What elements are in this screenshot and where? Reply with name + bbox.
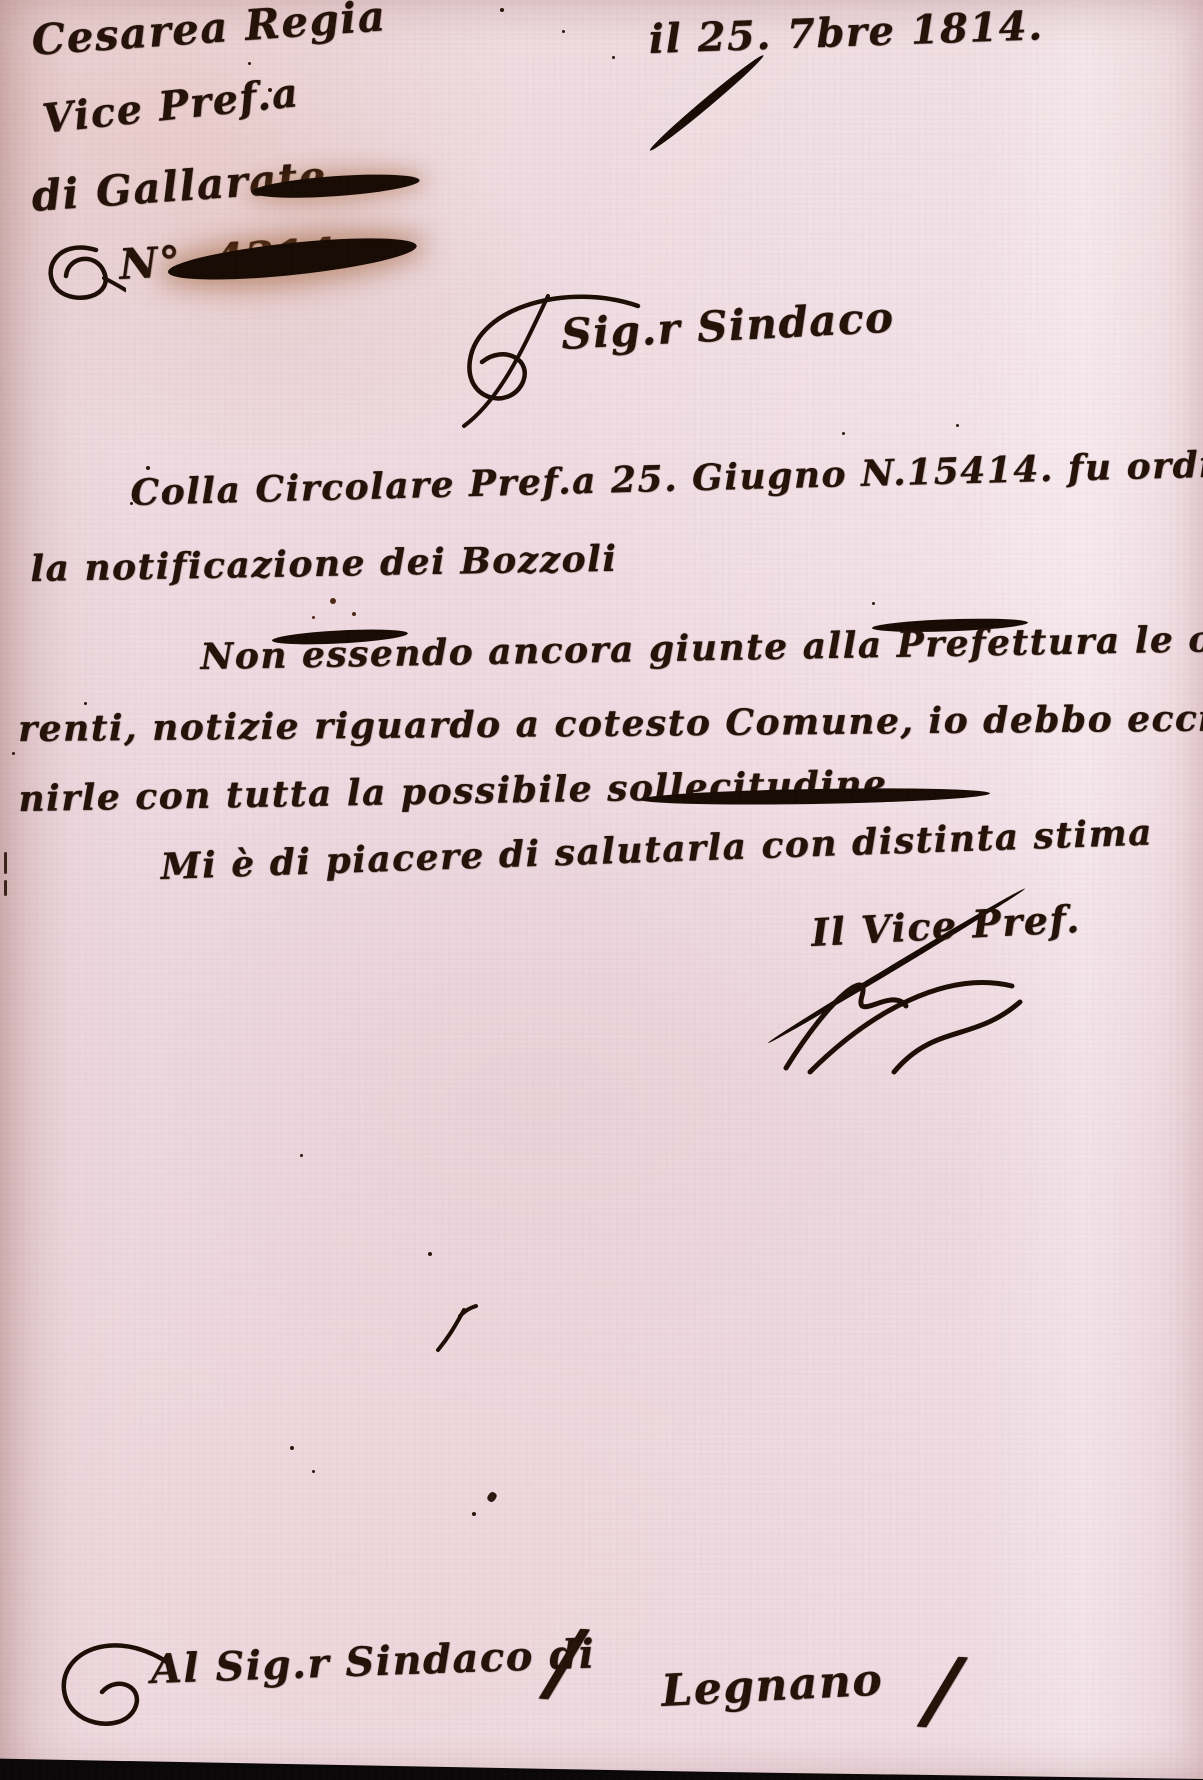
closing-line: Mi è di piacere di salutarla con distint… <box>160 811 1154 888</box>
edge-mark <box>4 880 7 896</box>
ink-speck <box>842 432 845 435</box>
signature-title: Il Vice Pref. <box>810 896 1082 955</box>
ink-blot <box>352 612 356 616</box>
ink-speck <box>84 702 87 705</box>
ink-speck <box>312 1470 315 1473</box>
date-flourish-stroke <box>647 52 766 154</box>
ink-blot <box>312 616 315 619</box>
ink-speck <box>872 602 875 605</box>
ink-speck <box>612 56 615 59</box>
footer-address-prefix: Al Sig.r Sindaco di <box>150 1630 596 1692</box>
office-line-2: Vice Pref.a <box>40 69 301 143</box>
footer-separator-2: / <box>923 1636 962 1742</box>
date-line: il 25. 7bre 1814. <box>648 2 1044 63</box>
ink-speck <box>428 1252 432 1256</box>
ink-speck <box>956 424 959 427</box>
ink-speck <box>162 492 165 495</box>
ink-speck <box>500 8 504 12</box>
paragraph-1-line-2: la notificazione dei Bozzoli <box>30 538 618 590</box>
ink-speck <box>248 62 251 65</box>
paragraph-2-line-2: renti, notizie riguardo a cotesto Comune… <box>18 695 1203 750</box>
paragraph-1-line-1: Colla Circolare Pref.a 25. Giugno N.1541… <box>130 441 1203 514</box>
ink-speck <box>472 1512 476 1516</box>
small-scribble-mark <box>430 1300 480 1356</box>
ink-speck <box>300 1154 303 1157</box>
ink-speck <box>146 466 150 470</box>
ink-speck <box>562 30 565 33</box>
ink-blot <box>330 598 336 604</box>
letter-page: Cesarea Regia Vice Pref.a di Gallarate N… <box>0 0 1203 1780</box>
footer-separator-1: / <box>545 1608 584 1714</box>
ink-speck <box>12 752 15 755</box>
scan-border-bottom <box>0 1754 1203 1780</box>
office-line-1: Cesarea Regia <box>30 0 388 65</box>
ink-speck <box>130 502 133 505</box>
ink-speck <box>268 88 272 92</box>
paraph-loop-decoration <box>34 238 126 310</box>
edge-mark <box>4 852 7 874</box>
ink-speck <box>290 1446 294 1450</box>
paragraph-2-line-1: Non essendo ancora giunte alla Prefettur… <box>200 616 1203 678</box>
ink-blot <box>486 1491 498 1504</box>
footer-address-place: Legnano <box>660 1654 884 1717</box>
signature-paraph <box>770 950 1040 1080</box>
